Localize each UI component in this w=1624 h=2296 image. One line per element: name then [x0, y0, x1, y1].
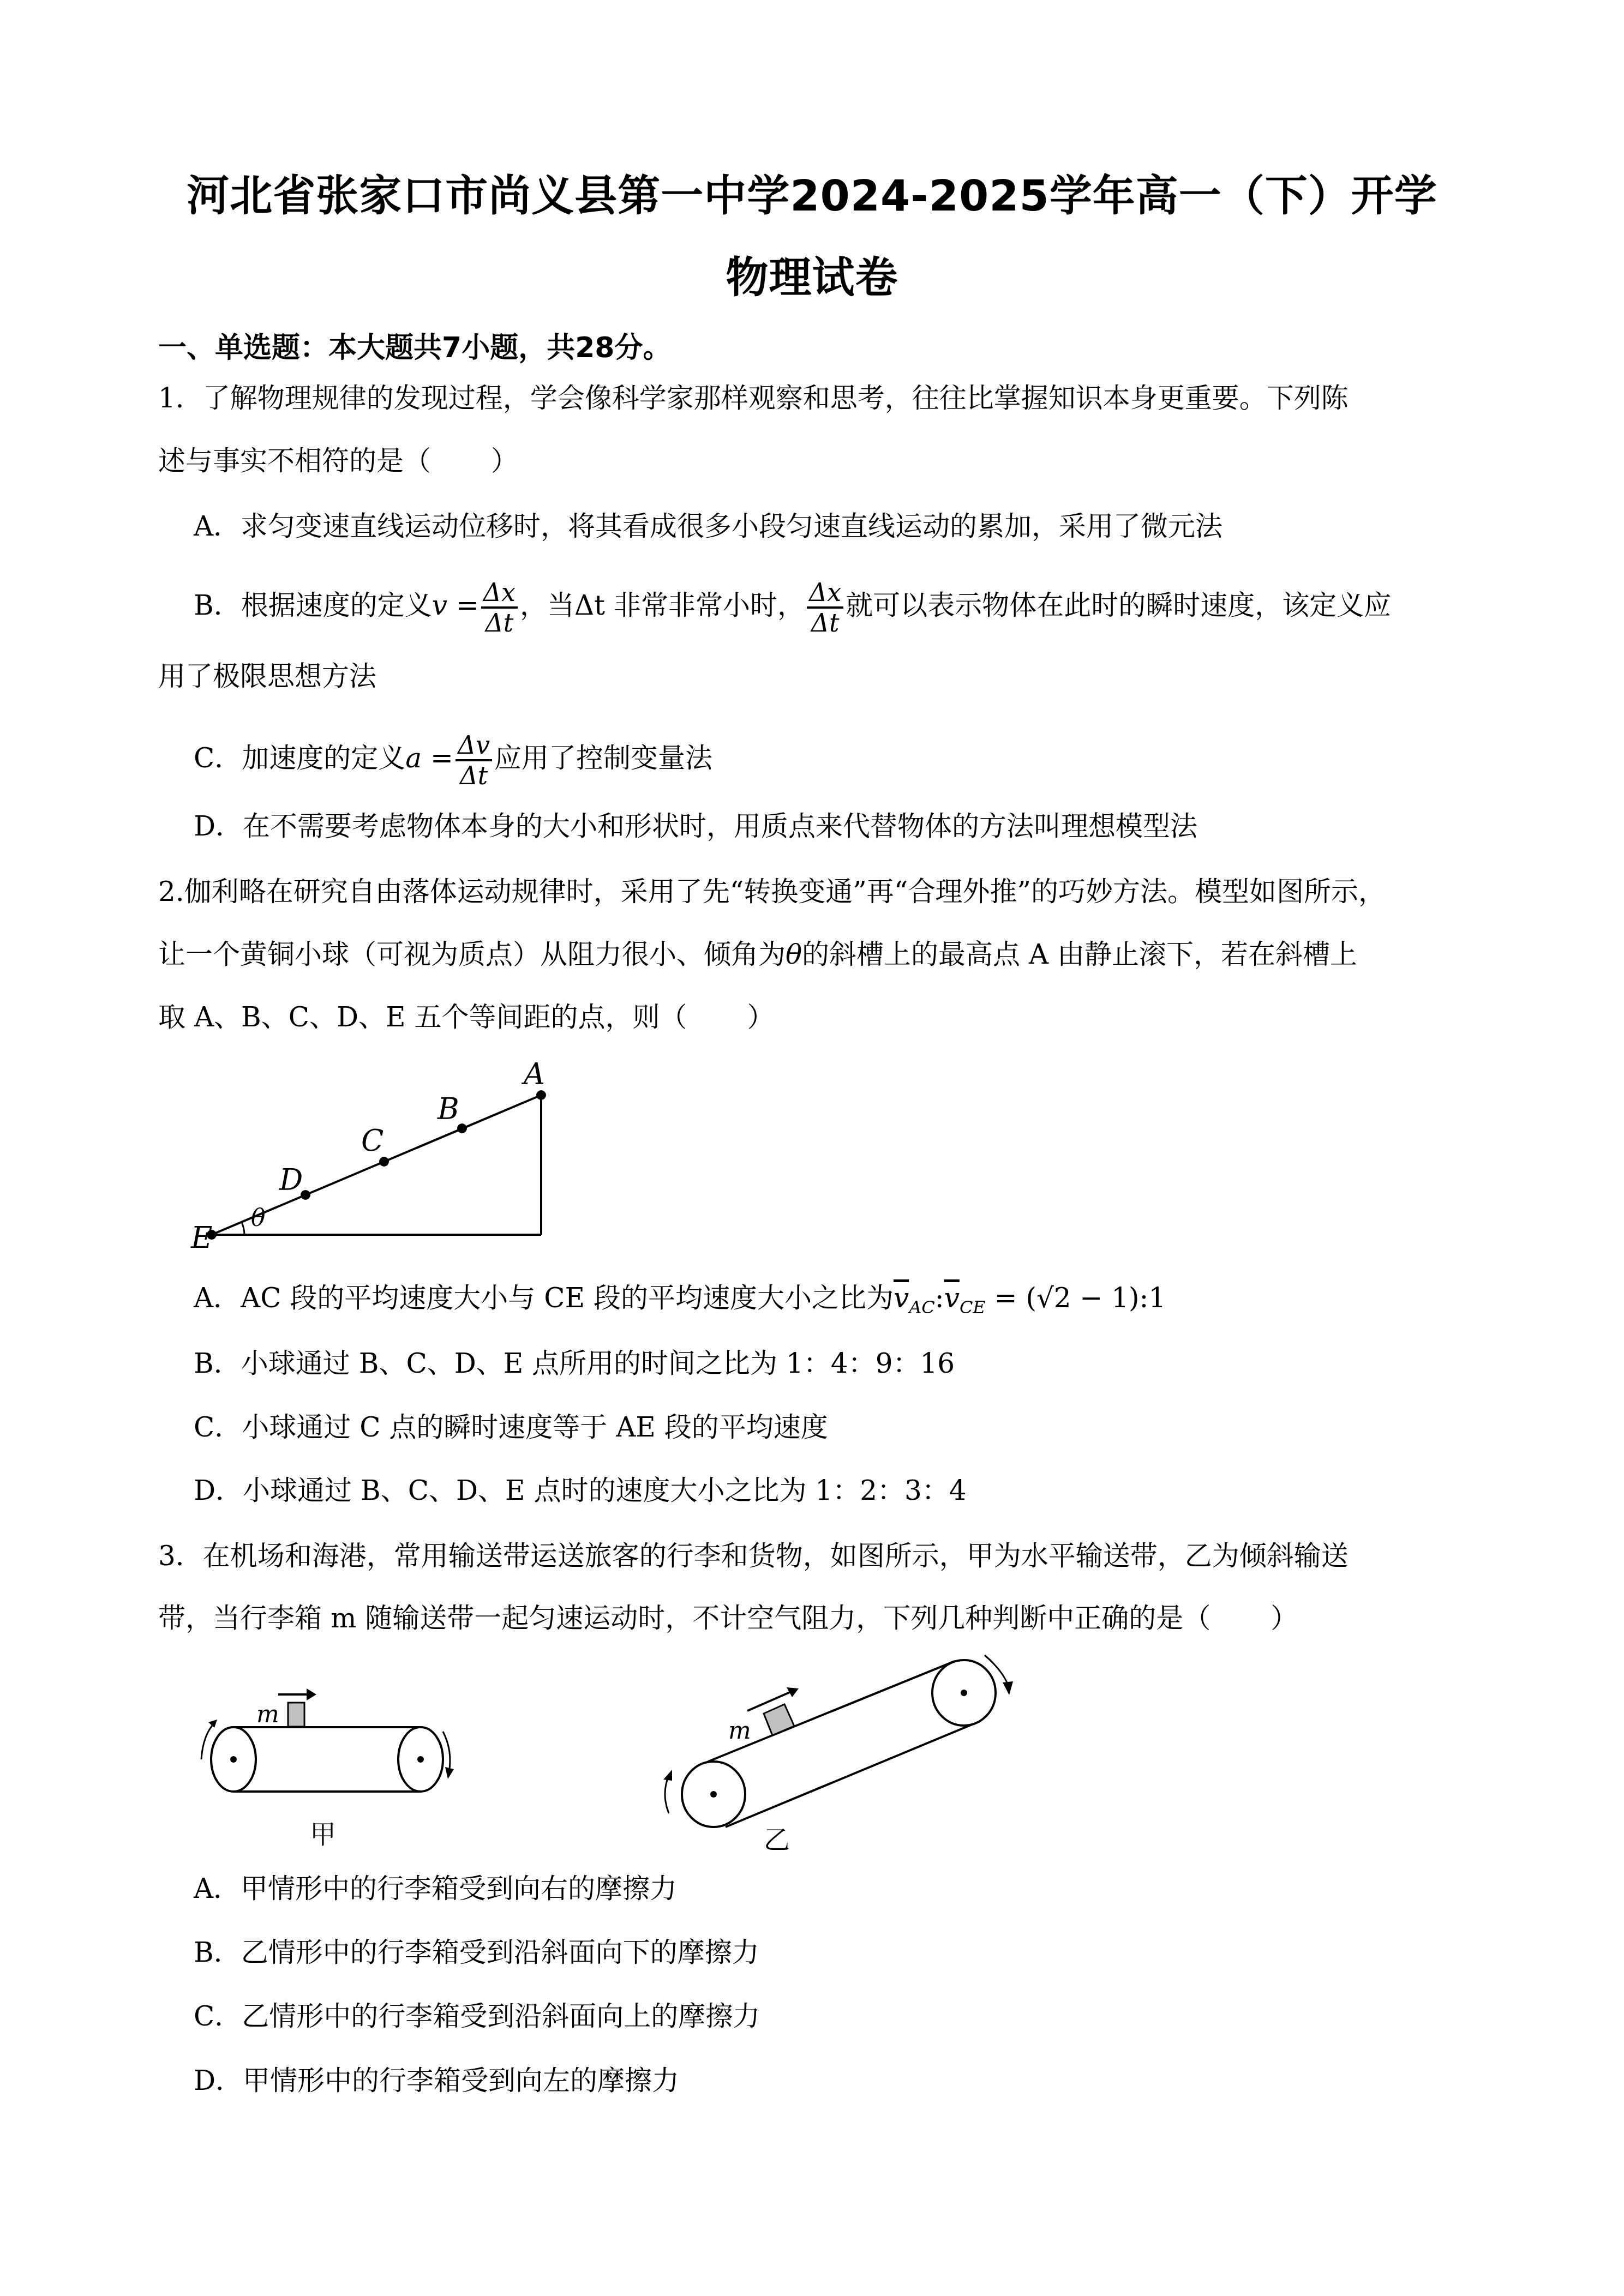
q3-option-d: D．甲情形中的行李箱受到向左的摩擦力 — [194, 2061, 679, 2100]
q3-number: 3． — [158, 1540, 203, 1572]
q3-stem-line1: 3．在机场和海港，常用输送带运送旅客的行李和货物，如图所示，甲为水平输送带，乙为… — [158, 1537, 1349, 1575]
rotation-arrow-cw-icon — [443, 1732, 450, 1772]
svg-text:m: m — [256, 1700, 279, 1728]
q1-stem-line2: 述与事实不相符的是（） — [158, 442, 518, 480]
rotation-arrow-ccw-icon — [665, 1775, 669, 1813]
point-a — [536, 1090, 546, 1100]
q2-option-d: D．小球通过 B、C、D、E 点时的速度大小之比为 1：2：3：4 — [194, 1471, 967, 1510]
svg-text:乙: 乙 — [764, 1825, 790, 1855]
q1-number: 1． — [158, 382, 203, 414]
fraction-dx-dt-2: ΔxΔt — [807, 578, 843, 637]
svg-text:C: C — [361, 1123, 383, 1158]
q2-stem-line3: 取 A、B、C、D、E 五个等间距的点，则（） — [158, 998, 774, 1036]
rotation-arrow-ccw-icon — [201, 1722, 215, 1759]
q1-option-a: A．求匀变速直线运动位移时，将其看成很多小段匀速直线运动的累加，采用了微元法 — [194, 507, 1223, 545]
svg-text:B: B — [437, 1092, 459, 1126]
q2-number: 2. — [158, 876, 184, 907]
inclined-conveyor-diagram: m 乙 — [633, 1625, 1047, 1887]
q3-option-c: C．乙情形中的行李箱受到沿斜面向上的摩擦力 — [194, 1997, 760, 2035]
q2-option-c: C．小球通过 C 点的瞬时速度等于 AE 段的平均速度 — [194, 1408, 828, 1446]
exam-page: 河北省张家口市尚义县第一中学2024-2025学年高一（下）开学 物理试卷 一、… — [0, 0, 1624, 2296]
q2-option-a: A．AC 段的平均速度大小与 CE 段的平均速度大小之比为vAC:vCE = (… — [194, 1279, 1166, 1326]
exam-title-line2: 物理试卷 — [0, 251, 1624, 305]
q2-stem-line1: 2.伽利略在研究自由落体运动规律时，采用了先“转换变通”再“合理外推”的巧妙方法… — [158, 873, 1386, 911]
svg-text:m: m — [728, 1717, 751, 1745]
inclined-plane-diagram: A B C D E θ — [185, 1053, 578, 1260]
svg-text:E: E — [190, 1221, 212, 1255]
svg-text:θ: θ — [251, 1204, 266, 1232]
q1-option-d: D．在不需要考虑物体本身的大小和形状时，用质点来代替物体的方法叫理想模型法 — [194, 807, 1197, 845]
q3-option-b: B．乙情形中的行李箱受到沿斜面向下的摩擦力 — [194, 1933, 759, 1972]
luggage-box — [288, 1703, 304, 1727]
svg-text:A: A — [521, 1057, 545, 1091]
q2-option-b: B．小球通过 B、C、D、E 点所用的时间之比为 1：4：9：16 — [194, 1344, 955, 1383]
svg-text:甲: 甲 — [310, 1819, 336, 1850]
point-c — [379, 1157, 389, 1167]
fraction-dx-dt: ΔxΔt — [481, 578, 518, 637]
fraction-dv-dt: ΔvΔt — [456, 731, 492, 790]
q2-stem-line2: 让一个黄铜小球（可视为质点）从阻力很小、倾角为θ的斜槽上的最高点 A 由静止滚下… — [158, 935, 1357, 973]
q3-option-a: A．甲情形中的行李箱受到向右的摩擦力 — [194, 1870, 677, 1908]
svg-text:D: D — [279, 1163, 303, 1197]
q1-option-b-line2: 用了极限思想方法 — [158, 657, 376, 695]
horizontal-conveyor-diagram: m 甲 — [185, 1658, 600, 1876]
section-heading: 一、单选题：本大题共7小题，共28分。 — [158, 329, 672, 367]
exam-title-line1: 河北省张家口市尚义县第一中学2024-2025学年高一（下）开学 — [0, 169, 1624, 224]
luggage-box — [764, 1704, 794, 1735]
q1-option-b: B．根据速度的定义v =ΔxΔt，当Δt 非常非常小时，ΔxΔt就可以表示物体在… — [194, 578, 1391, 637]
q1-option-c: C．加速度的定义a =ΔvΔt应用了控制变量法 — [194, 731, 712, 790]
q1-stem-line1: 1．了解物理规律的发现过程，学会像科学家那样观察和思考，往往比掌握知识本身更重要… — [158, 379, 1349, 417]
